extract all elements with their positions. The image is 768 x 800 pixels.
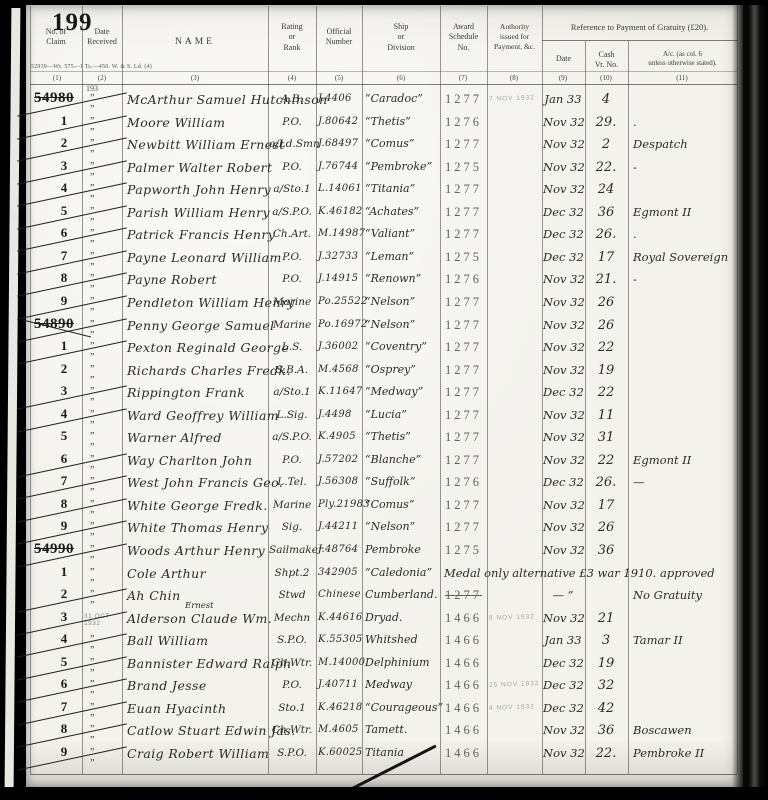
account-note: Tamar II [633, 633, 735, 647]
claim-number: 1 [52, 564, 76, 580]
rating: a/Ld.Smn [269, 138, 315, 150]
table-row: 7” ”Euan HyacinthSto.1K.46218“Courageous… [0, 699, 768, 722]
ship: Dryad. [365, 611, 439, 624]
payment-date: Jan 33 [543, 633, 583, 647]
table-row: 9” ”Pendleton William HenryMarinePo.2552… [0, 293, 768, 316]
official-number: 342905 [318, 567, 362, 578]
account-note: Egmont II [633, 205, 735, 219]
ship: “Titania” [365, 182, 439, 195]
table-row: 7” ”West John Francis Geo.L.Tel.J.56308“… [0, 473, 768, 496]
table-row: 4” ”Ball WilliamS.P.O.K.55305Whitshed146… [0, 631, 768, 654]
ship: Cumberland. [365, 588, 439, 601]
award-schedule-no: 1275 [441, 543, 486, 558]
official-number: K.46182 [318, 206, 362, 217]
table-row: 6” ”Way Charlton JohnP.O.J.57202“Blanche… [0, 451, 768, 474]
gratuity-header: Reference to Payment of Gratuity (£20). [542, 22, 737, 33]
claim-number: 54990 [34, 541, 94, 558]
cash-voucher-no: 22 [586, 453, 626, 468]
official-number: M.14000 [318, 657, 362, 668]
award-schedule-no: 1277 [441, 363, 486, 378]
official-number: J.57202 [318, 454, 362, 465]
column-number: (2) [87, 74, 117, 82]
award-schedule-no: 1276 [441, 115, 486, 130]
cash-voucher-no: 21 [586, 611, 626, 626]
rating: a/S.P.O. [269, 431, 315, 443]
rating: Marine [269, 319, 315, 331]
ship: “Blanche” [365, 453, 439, 466]
name: Ball William [127, 633, 267, 648]
name: Warner Alfred [127, 430, 267, 445]
cash-voucher-no: 21. [586, 272, 626, 287]
rating: a/Sto.1 [269, 183, 315, 195]
ship: Medway [365, 678, 439, 691]
official-number: J.14915 [318, 273, 362, 284]
account-note: Boscawen [633, 723, 735, 737]
cash-voucher-no: 22. [586, 160, 626, 175]
account-note: - [633, 160, 735, 174]
rating: Sailmaker [269, 544, 315, 556]
official-number: K.44616 [318, 612, 362, 623]
official-number: J.32733 [318, 251, 362, 262]
header-rule [30, 71, 737, 72]
award-schedule-no: 1275 [441, 250, 486, 265]
name: West John Francis Geo. [127, 475, 267, 490]
cash-voucher-no: 29. [586, 115, 626, 130]
cash-voucher-no: 2 [586, 137, 626, 152]
name: Craig Robert William [127, 746, 267, 761]
cash-voucher-no: 22 [586, 340, 626, 355]
rating: P.O. [269, 116, 315, 128]
scan-border-bottom [0, 787, 768, 800]
official-number: J.44211 [318, 521, 362, 532]
award-schedule-no: 1466 [441, 611, 486, 626]
ship: “Valiant” [365, 227, 439, 240]
rating: P.O. [269, 251, 315, 263]
cash-voucher-no: 19 [586, 656, 626, 671]
table-row: 4” ”Ward Geoffrey WilliamL.Sig.J.4498“Lu… [0, 406, 768, 429]
table-row: 1” ”Pexton Reginald GeorgeL.S.J.36002“Co… [0, 338, 768, 361]
cash-voucher-no: 36 [586, 205, 626, 220]
account-note: . [633, 227, 735, 241]
table-row: 8” ”Catlow Stuart Edwin Jas.Ch.Wtr.M.460… [0, 721, 768, 744]
cash-voucher-no: 32 [586, 678, 626, 693]
award-schedule-no: 1276 [441, 272, 486, 287]
account-note: . [633, 115, 735, 129]
official-number: M.4605 [318, 724, 362, 735]
name: McArthur Samuel Hutchinson [127, 92, 267, 107]
cash-voucher-no: 26 [586, 520, 626, 535]
authority-stamp: 4 NOV 1932 [489, 703, 541, 712]
claim-number: 54980 [34, 90, 94, 107]
payment-date: Dec 32 [543, 475, 583, 489]
award-schedule-no: 1277 [441, 295, 486, 310]
ship: “Nelson” [365, 295, 439, 308]
cash-voucher-no: 19 [586, 363, 626, 378]
payment-date: Nov 32 [543, 137, 583, 151]
ship: “Comus” [365, 137, 439, 150]
table-row: 5” ”Bannister Edward RalphCh.Wtr.M.14000… [0, 654, 768, 677]
payment-date: Nov 32 [543, 340, 583, 354]
award-schedule-no: 1275 [441, 160, 486, 175]
table-row: 5” ”Parish William Henrya/S.P.O.K.46182“… [0, 203, 768, 226]
account-note: - [633, 272, 735, 286]
table-row: 8” ”Payne RobertP.O.J.14915“Renown”1276N… [0, 270, 768, 293]
name: White George Fredk. [127, 498, 267, 513]
rating: P.O. [269, 273, 315, 285]
name: Papworth John Henry [127, 182, 267, 197]
col-header-authority: Authority issued for Payment, &c. [487, 22, 542, 51]
rating: Marine [269, 296, 315, 308]
official-number: L.14061 [318, 183, 362, 194]
name: Richards Charles Fredk. [127, 363, 267, 378]
ship: “Nelson” [365, 520, 439, 533]
official-number: J.76744 [318, 161, 362, 172]
col-header-account: A/c. (as col. 6 unless otherwise stated)… [628, 50, 737, 68]
table-row: 54990” ”Woods Arthur HenrySailmakerJ.487… [0, 541, 768, 564]
column-number: (10) [591, 74, 621, 82]
award-schedule-no: 1277 [441, 430, 486, 445]
account-note: — [633, 475, 735, 489]
account-note: Royal Sovereign [633, 250, 735, 264]
rating: P.O. [269, 679, 315, 691]
cash-voucher-no: 26. [586, 227, 626, 242]
table-row: 5” ”Warner Alfreda/S.P.O.K.4905“Thetis”1… [0, 428, 768, 451]
name: Bannister Edward Ralph [127, 656, 267, 671]
payment-date: Nov 32 [543, 723, 583, 737]
award-schedule-no: 1277 [441, 385, 486, 400]
name: Euan Hyacinth [127, 701, 267, 716]
col-header-claim: No. of Claim [30, 27, 82, 48]
rating: S.P.O. [269, 747, 315, 759]
rating: A.B. [269, 93, 315, 105]
column-number: (1) [42, 74, 72, 82]
name: Rippington Frank [127, 385, 267, 400]
payment-date: Nov 32 [543, 611, 583, 625]
official-number: J.4498 [318, 409, 362, 420]
official-number: J.36002 [318, 341, 362, 352]
rating: Ch.Wtr. [269, 657, 315, 669]
rating: a/S.P.O. [269, 206, 315, 218]
col-header-pay-date: Date [542, 54, 585, 64]
rating: Mechn [269, 612, 315, 624]
name: Pendleton William Henry [127, 295, 267, 310]
cash-voucher-no: 36 [586, 723, 626, 738]
ship: Delphinium [365, 656, 439, 669]
award-schedule-no: 1277 [441, 137, 486, 152]
payment-date: Nov 32 [543, 115, 583, 129]
name: Pexton Reginald George [127, 340, 267, 355]
ship: “Comus” [365, 498, 439, 511]
payment-date: Dec 32 [543, 701, 583, 715]
claim-number: 5 [52, 428, 76, 444]
payment-date: Nov 32 [543, 430, 583, 444]
rating: Stwd [269, 589, 315, 601]
award-schedule-no: 1277 [441, 205, 486, 220]
award-schedule-no: 1466 [441, 678, 486, 693]
cash-voucher-no: 26 [586, 318, 626, 333]
payment-date: Nov 32 [543, 272, 583, 286]
award-schedule-no: 1466 [441, 723, 486, 738]
table-row: 4” ”Papworth John Henrya/Sto.1L.14061“Ti… [0, 180, 768, 203]
name: Payne Leonard William [127, 250, 267, 265]
table-row: 9” ”Craig Robert WilliamS.P.O.K.60025Tit… [0, 744, 768, 767]
table-row: 2” ”Newbitt William Ernesta/Ld.SmnJ.6849… [0, 135, 768, 158]
cash-voucher-no: 3 [586, 633, 626, 648]
payment-date: Nov 32 [543, 453, 583, 467]
award-schedule-no: 1277 [441, 318, 486, 333]
rating: L.S. [269, 341, 315, 353]
ship: “Pembroke” [365, 160, 439, 173]
cash-voucher-no: 31 [586, 430, 626, 445]
column-number: (9) [548, 74, 578, 82]
table-row: 54980” ”McArthur Samuel HutchinsonA.B.J.… [0, 90, 768, 113]
ship: “Medway” [365, 385, 439, 398]
ship: “Osprey” [365, 363, 439, 376]
table-row: 7” ”Payne Leonard WilliamP.O.J.32733“Lem… [0, 248, 768, 271]
column-number: (3) [180, 74, 210, 82]
ship: “Courageous” [365, 701, 439, 714]
name-insert: Ernest [185, 601, 235, 611]
authority-stamp: 8 NOV 1932 [489, 613, 541, 622]
rating: S.P.O. [269, 634, 315, 646]
official-number: Ply.21983 [318, 499, 362, 510]
rating: Marine [269, 499, 315, 511]
award-schedule-no: 1277 [441, 227, 486, 242]
award-schedule-no: 1277 [441, 92, 486, 107]
table-row: 2” ”Richards Charles Fredk.S.B.A.M.4568“… [0, 361, 768, 384]
name: Catlow Stuart Edwin Jas. [127, 723, 267, 738]
official-number: K.46218 [318, 702, 362, 713]
award-schedule-no: 1466 [441, 701, 486, 716]
table-row: 3” ”Palmer Walter RobertP.O.J.76744“Pemb… [0, 158, 768, 181]
cash-voucher-no: 17 [586, 498, 626, 513]
name: Parish William Henry [127, 205, 267, 220]
table-row: 9” ”White Thomas HenrySig.J.44211“Nelson… [0, 518, 768, 541]
medal-note: Medal only alternative £3 war 1910. appr… [444, 566, 739, 580]
ship: “Thetis” [365, 115, 439, 128]
rating: Ch.Wtr. [269, 724, 315, 736]
printers-reference: 52939—Wt. 575—1 Ts.—450. W. & S. Ld. (4) [31, 64, 152, 70]
ship: “Thetis” [365, 430, 439, 443]
name: Alderson Claude Wm. [127, 611, 267, 626]
table-row: 6” ”Patrick Francis HenryCh.Art.M.14987“… [0, 225, 768, 248]
ship: “Suffolk” [365, 475, 439, 488]
name: Palmer Walter Robert [127, 160, 267, 175]
name: Newbitt William Ernest [127, 137, 267, 152]
payment-date: Jan 33 [543, 92, 583, 106]
award-schedule-no: 1277 [441, 408, 486, 423]
payment-date: Dec 32 [543, 678, 583, 692]
cash-voucher-no: 26. [586, 475, 626, 490]
official-number: J.56308 [318, 476, 362, 487]
payment-date: Nov 32 [543, 408, 583, 422]
table-row: 3” ”Rippington Franka/Sto.1K.11647“Medwa… [0, 383, 768, 406]
account-note: Pembroke II [633, 746, 735, 760]
official-number: J.48764 [318, 544, 362, 555]
payment-date: Nov 32 [543, 543, 583, 557]
payment-date: Dec 32 [543, 227, 583, 241]
official-number: M.14987 [318, 228, 362, 239]
table-row: 1” ”Moore WilliamP.O.J.80642“Thetis”1276… [0, 113, 768, 136]
rating: L.Tel. [269, 476, 315, 488]
official-number: J.68497 [318, 138, 362, 149]
column-number: (5) [324, 74, 354, 82]
cash-voucher-no: 22. [586, 746, 626, 761]
scan-border-top [0, 0, 768, 5]
official-number: M.4568 [318, 364, 362, 375]
payment-date: Dec 32 [543, 205, 583, 219]
cash-voucher-no: 4 [586, 92, 626, 107]
rating: Ch.Art. [269, 228, 315, 240]
column-number: (7) [448, 74, 478, 82]
table-row: 8” ”White George Fredk.MarinePly.21983“C… [0, 496, 768, 519]
rating: a/Sto.1 [269, 386, 315, 398]
cash-voucher-no: 26 [586, 295, 626, 310]
cash-voucher-no: 11 [586, 408, 626, 423]
payment-date: Nov 32 [543, 318, 583, 332]
name: Payne Robert [127, 272, 267, 287]
header-rule [30, 84, 737, 85]
payment-date: Nov 32 [543, 746, 583, 760]
ship: “Leman” [365, 250, 439, 263]
authority-stamp: 7 NOV 1932 [489, 94, 541, 103]
name: Brand Jesse [127, 678, 267, 693]
name: Moore William [127, 115, 267, 130]
scanned-register-page: 199 No. of Claim Date Received NAME Rati… [0, 0, 768, 800]
official-number: Po.16972 [318, 319, 362, 330]
column-number: (4) [277, 74, 307, 82]
claim-number: 2 [52, 361, 76, 377]
ship: Tamett. [365, 723, 439, 736]
ship: “Coventry” [365, 340, 439, 353]
official-number: K.11647 [318, 386, 362, 397]
official-number: J.80642 [318, 116, 362, 127]
rating: Shpt.2 [269, 567, 315, 579]
account-note: No Gratuity [633, 588, 735, 602]
account-note: Egmont II [633, 453, 735, 467]
official-number: K.4905 [318, 431, 362, 442]
page-curl-shadow [732, 0, 768, 800]
award-schedule-no: 1277 [441, 182, 486, 197]
ship: “Renown” [365, 272, 439, 285]
rating: P.O. [269, 454, 315, 466]
award-schedule-no: 1466 [441, 633, 486, 648]
payment-date: Nov 32 [543, 520, 583, 534]
ship: Pembroke [365, 543, 439, 556]
rating: P.O. [269, 161, 315, 173]
name: Cole Arthur [127, 566, 267, 581]
payment-date: Dec 32 [543, 656, 583, 670]
name: White Thomas Henry [127, 520, 267, 535]
column-number: (6) [386, 74, 416, 82]
col-header-cash: Cash Vr. No. [585, 50, 628, 71]
award-schedule-no: 1277 [441, 588, 486, 603]
payment-date: Dec 32 [543, 250, 583, 264]
column-number: (11) [667, 74, 697, 82]
cash-voucher-no: 17 [586, 250, 626, 265]
ship: Whitshed [365, 633, 439, 646]
payment-date: Nov 32 [543, 160, 583, 174]
name: Penny George Samuel [127, 318, 267, 333]
account-note: Despatch [633, 137, 735, 151]
ship: “Caradoc” [365, 92, 439, 105]
date-received-ditto: ” ” [90, 431, 120, 453]
col-header-official: Official Number [316, 27, 362, 48]
award-schedule-no: 1277 [441, 340, 486, 355]
award-schedule-no: 1277 [441, 498, 486, 513]
payment-date: Nov 32 [543, 498, 583, 512]
column-number: (8) [499, 74, 529, 82]
table-row: 54890” ”Penny George SamuelMarinePo.1697… [0, 316, 768, 339]
col-header-award: Award Schedule No. [440, 22, 487, 53]
name: Way Charlton John [127, 453, 267, 468]
col-header-date: Date Received [82, 27, 122, 48]
ship: “Achates” [365, 205, 439, 218]
official-number: Chinese [318, 589, 362, 600]
official-number: J.40711 [318, 679, 362, 690]
name: Woods Arthur Henry [127, 543, 267, 558]
cash-voucher-no: 22 [586, 385, 626, 400]
official-number: K.55305 [318, 634, 362, 645]
table-row: 331 OCT 1932Alderson Claude Wm.ErnestMec… [0, 609, 768, 632]
award-schedule-no: 1466 [441, 656, 486, 671]
authority-stamp: 25 NOV 1932 [489, 680, 541, 689]
name: Patrick Francis Henry [127, 227, 267, 242]
rating: L.Sig. [269, 409, 315, 421]
award-schedule-no: 1277 [441, 453, 486, 468]
cash-voucher-no: 42 [586, 701, 626, 716]
award-schedule-no: 1276 [441, 475, 486, 490]
award-schedule-no: 1277 [441, 520, 486, 535]
col-header-rating: Rating or Rank [268, 22, 316, 53]
official-number: K.60025 [318, 747, 362, 758]
gratuity-underline [542, 40, 737, 41]
cash-voucher-no: 36 [586, 543, 626, 558]
official-number: J.4406 [318, 93, 362, 104]
table-row: 2” ”Ah ChinStwdChineseCumberland.1277— ”… [0, 586, 768, 609]
ship: “Lucia” [365, 408, 439, 421]
award-schedule-no: 1466 [441, 746, 486, 761]
payment-date: Dec 32 [543, 385, 583, 399]
col-header-name: NAME [122, 36, 268, 48]
table-row: 6” ”Brand JesseP.O.J.40711Medway146625 N… [0, 676, 768, 699]
ship: “Nelson” [365, 318, 439, 331]
name: Ward Geoffrey William [127, 408, 267, 423]
table-row: 1” ”Cole ArthurShpt.2342905“Caledonia”Me… [0, 564, 768, 587]
cash-voucher-no: 24 [586, 182, 626, 197]
official-number: Po.25522 [318, 296, 362, 307]
payment-date: Nov 32 [543, 295, 583, 309]
ship: “Caledonia” [365, 566, 439, 579]
payment-date: — ” [543, 588, 583, 602]
rating: Sig. [269, 521, 315, 533]
rating: Sto.1 [269, 702, 315, 714]
rating: S.B.A. [269, 364, 315, 376]
payment-date: Nov 32 [543, 363, 583, 377]
col-header-ship: Ship or Division [362, 22, 440, 53]
payment-date: Nov 32 [543, 182, 583, 196]
